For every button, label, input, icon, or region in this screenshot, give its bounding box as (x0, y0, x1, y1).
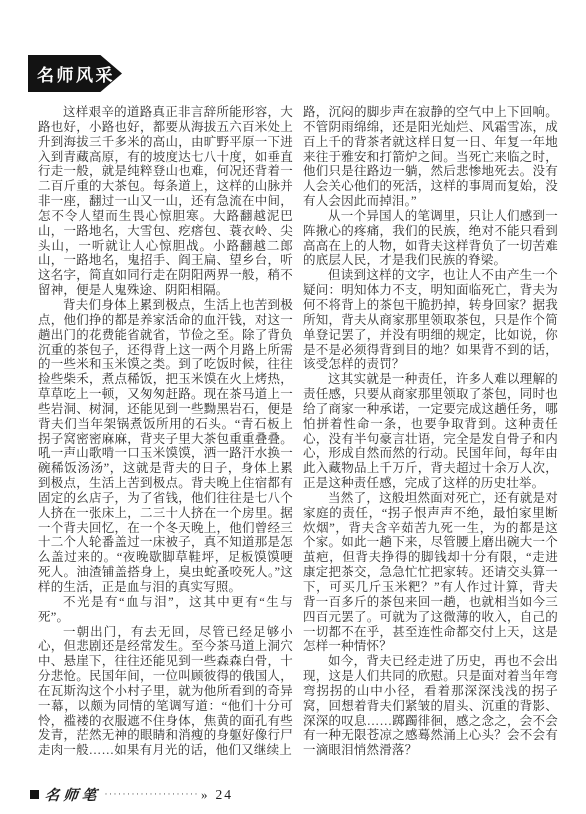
footer-dotted-leader: ····················· (105, 790, 199, 799)
paragraph: 这其实就是一种责任，许多人难以理解的责任感，只要从商家那里领取了茶包，同时也给了… (303, 372, 558, 491)
article-body: 这样艰辛的道路真正非言辞所能形容，大路也好，小路也好，都要从海拔五六百米处上升到… (38, 105, 558, 758)
paragraph: 当然了，这般坦然面对死亡，还有就是对家庭的责任，“拐子恨声声不绝，最怕家里断炊烟… (303, 491, 558, 654)
paragraph-continuation: 路，沉闷的脚步声在寂静的空气中上下回响。不管阴雨绵绵，还是阳光灿烂、风霜雪冻，成… (303, 105, 558, 209)
section-banner: 名师风采 (28, 55, 122, 92)
footer-square-icon (30, 790, 39, 799)
footer-arrow-glyph: » (201, 787, 208, 803)
page-number: 24 (215, 787, 233, 803)
paragraph: 不光是有“血与泪”，这其中更有“生与死”。 (38, 595, 293, 625)
paragraph: 如今，背夫已经走进了历史，再也不会出现，这是人们共同的欣慰。只是面对着当年弯弯拐… (303, 654, 558, 758)
right-column: 路，沉闷的脚步声在寂静的空气中上下回响。不管阴雨绵绵，还是阳光灿烂、风霜雪冻，成… (303, 105, 558, 758)
paragraph: 但读到这样的文字，也让人不由产生一个疑问：明知体力不支，明知面临死亡，背夫为何不… (303, 268, 558, 372)
page-footer: 名师笔 ····················· » 24 (30, 784, 233, 805)
footer-section-label: 名师笔 (44, 784, 102, 805)
paragraph: 背夫们身体上累到极点，生活上也苦到极点，他们挣的都是养家活命的血汗钱，对这一趟出… (38, 298, 293, 595)
section-banner-label: 名师风采 (37, 61, 115, 86)
magazine-page: 名师风采 这样艰辛的道路真正非言辞所能形容，大路也好，小路也好，都要从海拔五六百… (0, 0, 586, 814)
paragraph: 从一个异国人的笔调里，只让人们感到一阵揪心的疼痛，我们的民族，绝对不能只看到高高… (303, 209, 558, 268)
left-column: 这样艰辛的道路真正非言辞所能形容，大路也好，小路也好，都要从海拔五六百米处上升到… (38, 105, 293, 758)
paragraph: 这样艰辛的道路真正非言辞所能形容，大路也好，小路也好，都要从海拔五六百米处上升到… (38, 105, 293, 298)
paragraph: 一朝出门，有去无回，尽管已经足够小心，但悲剧还是经常发生。至今茶马道上洞穴中、悬… (38, 625, 293, 759)
